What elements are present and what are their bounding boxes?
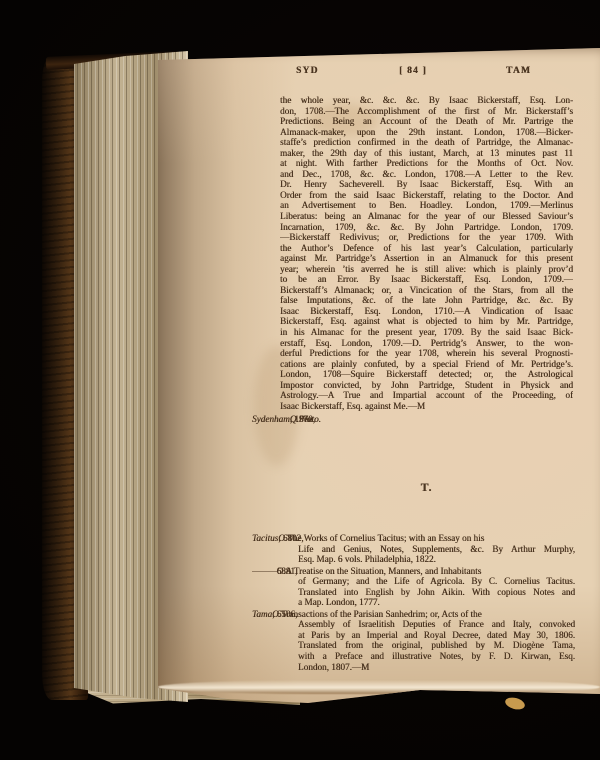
text-line: maker, the 29th day of this iustant, Mar… [280,148,573,159]
text-line: the Author’s Defence of his last year’s … [280,243,573,254]
text-line: Almanack-maker, upon the 29th instant. L… [280,127,573,138]
text-line: London, 1807.—M [298,662,575,673]
running-header: SYD [ 84 ] TAM [158,66,600,78]
text-line: Bickerstaff’s Almanack; or, a Vincicatio… [280,285,573,296]
text-line: staffe’s prediction confirmed in the dea… [280,137,573,148]
entry-first-line: Tama, 6506, O. Transactions of the Paris… [252,609,575,620]
section-heading-T: T. [280,482,573,494]
text-line: Order from the said Isaac Bickerstaff, r… [280,190,573,201]
text-line: erstaff, Esq. London, 1709.—D. Pertridg’… [280,338,573,349]
entry-first-line: Tacitus, 6802, O. The Works of Cornelius… [252,533,575,544]
catalog-entry-tama-6506: Tama, 6506, O. Transactions of the Paris… [252,609,575,672]
text-line: at night. With farther Predictions for t… [280,158,573,169]
text-line: Dr. Henry Sacheverell. By Isaac Bickerst… [280,179,573,190]
text-line: Isaac Bickerstaff, Esq. London, 1710.—A … [280,306,573,317]
text-line: derful Predictions for the year 1708, wh… [280,348,573,359]
text-line: to be an Error. By Isaac Bickerstaff, Es… [280,274,573,285]
text-line: Translated into English by John Aikin. W… [298,587,575,598]
text-line: Isaac Bickerstaff, Esq. against Me.—M [280,401,573,412]
text-line: with a Preface and illustrative Notes, b… [298,651,575,662]
entry-title: A Treatise on the Situation, Manners, an… [286,566,482,577]
text-line: a Map. London, 1777. [298,597,575,608]
text-line: Impostor convicted, by John Partridge, S… [280,380,573,391]
entry-title: The Works of Cornelius Tacitus; with an … [287,533,484,544]
entry-name: Sydenham [252,414,290,424]
paper-fragment [504,696,526,712]
running-head-left: SYD [296,66,319,76]
text-line: Esq. Map. 6 vols. Philadelphia, 1822. [298,554,575,565]
text-line: in his Almanac for the present year, 170… [280,327,573,338]
text-line: and Dec., 1708, &c. &c. London, 1708.—A … [280,169,573,180]
photo-of-open-book: SYD [ 84 ] TAM the whole year, &c. &c. &… [0,0,600,760]
text-line: at Paris by an Imperial and Royal Decree… [298,630,575,641]
text-line: Assembly of Israelitish Deputies of Fran… [298,619,575,630]
catalog-entry-tacitus-6802: Tacitus, 6802, O. The Works of Cornelius… [252,533,575,565]
text-line: Predictions. Being an Account of the Dea… [280,116,573,127]
page-number: [ 84 ] [368,66,458,76]
text-line: London, 1708—Squire Bickerstaff detected… [280,369,573,380]
catalog-entries: Tacitus, 6802, O. The Works of Cornelius… [252,533,575,672]
entry-name: Tama [252,609,272,619]
text-line: Translated from the original, published … [298,640,575,651]
text-line: Liberatus: being an Almanac for the year… [280,211,573,222]
text-line: Astrology.—A True and Impartial account … [280,390,573,401]
entry-see: See [299,414,312,425]
text-line: Life and Genius, Notes, Supplements, &c.… [298,544,575,555]
entry-first-line: ——— 6881, O. A Treatise on the Situation… [252,566,575,577]
catalog-entry-sydenham: Sydenham, 1970, Q. See Plato. [252,414,575,425]
text-line: Bickerstaff, Esq. against what is object… [280,316,573,327]
text-line: false Imputations, &c. of the late John … [280,295,573,306]
text-line: Incarnation, 1709, &c. &c. By John Partr… [280,222,573,233]
entry-name: Tacitus [252,533,278,543]
page-bottom-curl-highlight [158,680,600,694]
running-head-right: TAM [506,66,531,76]
entry-title: Transactions of the Parisian Sanhedrim; … [281,609,482,620]
catalog-entry-continuation-bickerstaff: the whole year, &c. &c. &c. By Isaac Bic… [280,95,573,411]
text-line: the whole year, &c. &c. &c. By Isaac Bic… [280,95,573,106]
catalog-entry-tacitus-6881: ——— 6881, O. A Treatise on the Situation… [252,566,575,608]
text-line: don, 1708.—The Accomplishment of the fir… [280,106,573,117]
text-line: —Bickerstaff Redivivus; or, Predictions … [280,232,573,243]
text-line: an Advertisement to Ben. Hoadley. London… [280,200,573,211]
ditto-dash: ——— [252,566,277,576]
text-line: cations are plainly confuted, by a speci… [280,359,573,370]
text-line: year; wherein ’tis averred he is still a… [280,264,573,275]
text-line: against Mr. Partridge’s Assertion in an … [280,253,573,264]
text-line: of Germany; and the Life of Agricola. By… [298,576,575,587]
book-page: SYD [ 84 ] TAM the whole year, &c. &c. &… [158,46,600,704]
